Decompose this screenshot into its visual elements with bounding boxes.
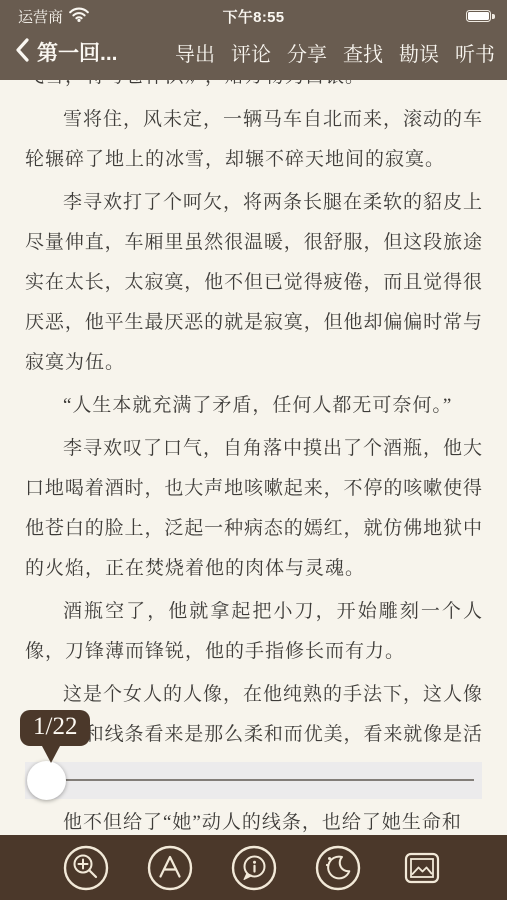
text-line: 轮辗碎了地上的冰雪，却辗不碎天地间的寂寞。 [25,140,482,180]
text-line: 飞雪，将穹苍作洪炉，熔万物为白银。 [25,80,482,97]
page-indicator-bubble: 1/22 [20,710,90,746]
share-button[interactable]: 分享 [287,38,327,67]
slider-track[interactable] [33,779,474,781]
zoom-button[interactable] [62,844,110,892]
speech-bubble-info-icon [230,844,278,892]
errata-button[interactable]: 勘误 [399,38,439,67]
font-size-icon [146,844,194,892]
text-line: “人生本就充满了矛盾，任何人都无可奈何。” [25,386,482,426]
text-line: 的火焰，正在焚烧着他的肉体与灵魂。 [25,549,482,589]
text-line: 李寻欢打了个呵欠，将两条长腿在柔软的貂皮上 [25,183,482,223]
nav-actions: 导出 评论 分享 查找 勘误 听书 [118,38,495,67]
page-indicator-value: 1/22 [33,713,77,740]
text-line: 尽量伸直，车厢里虽然很温暖，很舒服，但这段旅途 [25,223,482,263]
text-line: 他苍白的脸上，泛起一种病态的嫣红，就仿佛地狱中 [25,509,482,549]
slider-thumb[interactable] [27,761,66,800]
export-button[interactable]: 导出 [175,38,215,67]
annotation-button[interactable] [230,844,278,892]
text-line: 像，刀锋薄而锋锐，他的手指修长而有力。 [25,632,482,672]
bubble-tail [42,746,60,763]
background-theme-button[interactable] [398,844,446,892]
bottom-toolbar [0,835,507,900]
status-bar: 运营商 下午8:55 [0,0,507,30]
text-line: 口地喝着酒时，也大声地咳嗽起来，不停的咳嗽使得 [25,469,482,509]
text-line: 实在太长，太寂寞，他不但已觉得疲倦，而且觉得很 [25,263,482,303]
progress-slider[interactable] [25,762,482,799]
zoom-in-icon [62,844,110,892]
nav-bar: 第一回... 导出 评论 分享 查找 勘误 听书 [0,30,507,80]
text-line: 雪将住，风未定，一辆马车自北而来，滚动的车 [25,100,482,140]
reader-screen: 运营商 下午8:55 [0,0,507,900]
text-line: 李寻欢叹了口气，自角落中摸出了个酒瓶，他大 [25,429,482,469]
text-line: 的轮廓和线条看来是那么柔和而优美，看来就像是活 [25,715,482,755]
image-icon [398,844,446,892]
battery-icon [466,10,491,22]
text-line: 厌恶，他平生最厌恶的就是寂寞，但他却偏偏时常与 [25,303,482,343]
carrier-label: 运营商 [18,6,63,27]
search-button[interactable]: 查找 [343,38,383,67]
text-line: 寂寞为伍。 [25,343,482,383]
book-text: 飞雪，将穹苍作洪炉，熔万物为白银。 雪将住，风未定，一辆马车自北而来，滚动的车 … [0,80,507,755]
moon-stars-icon [314,844,362,892]
clock: 下午8:55 [152,6,355,27]
comments-button[interactable]: 评论 [231,38,271,67]
chapter-title: 第一回... [37,37,118,67]
text-line: 酒瓶空了，他就拿起把小刀，开始雕刻一个人 [25,592,482,632]
listen-button[interactable]: 听书 [455,38,495,67]
night-mode-button[interactable] [314,844,362,892]
header: 运营商 下午8:55 [0,0,507,80]
back-button[interactable]: 第一回... [14,37,118,68]
font-settings-button[interactable] [146,844,194,892]
text-line: 这是个女人的人像，在他纯熟的手法下，这人像 [25,675,482,715]
clipped-line-wrapper: 飞雪，将穹苍作洪炉，熔万物为白银。 [25,80,482,97]
wifi-icon [69,7,89,26]
chevron-left-icon [14,37,30,68]
